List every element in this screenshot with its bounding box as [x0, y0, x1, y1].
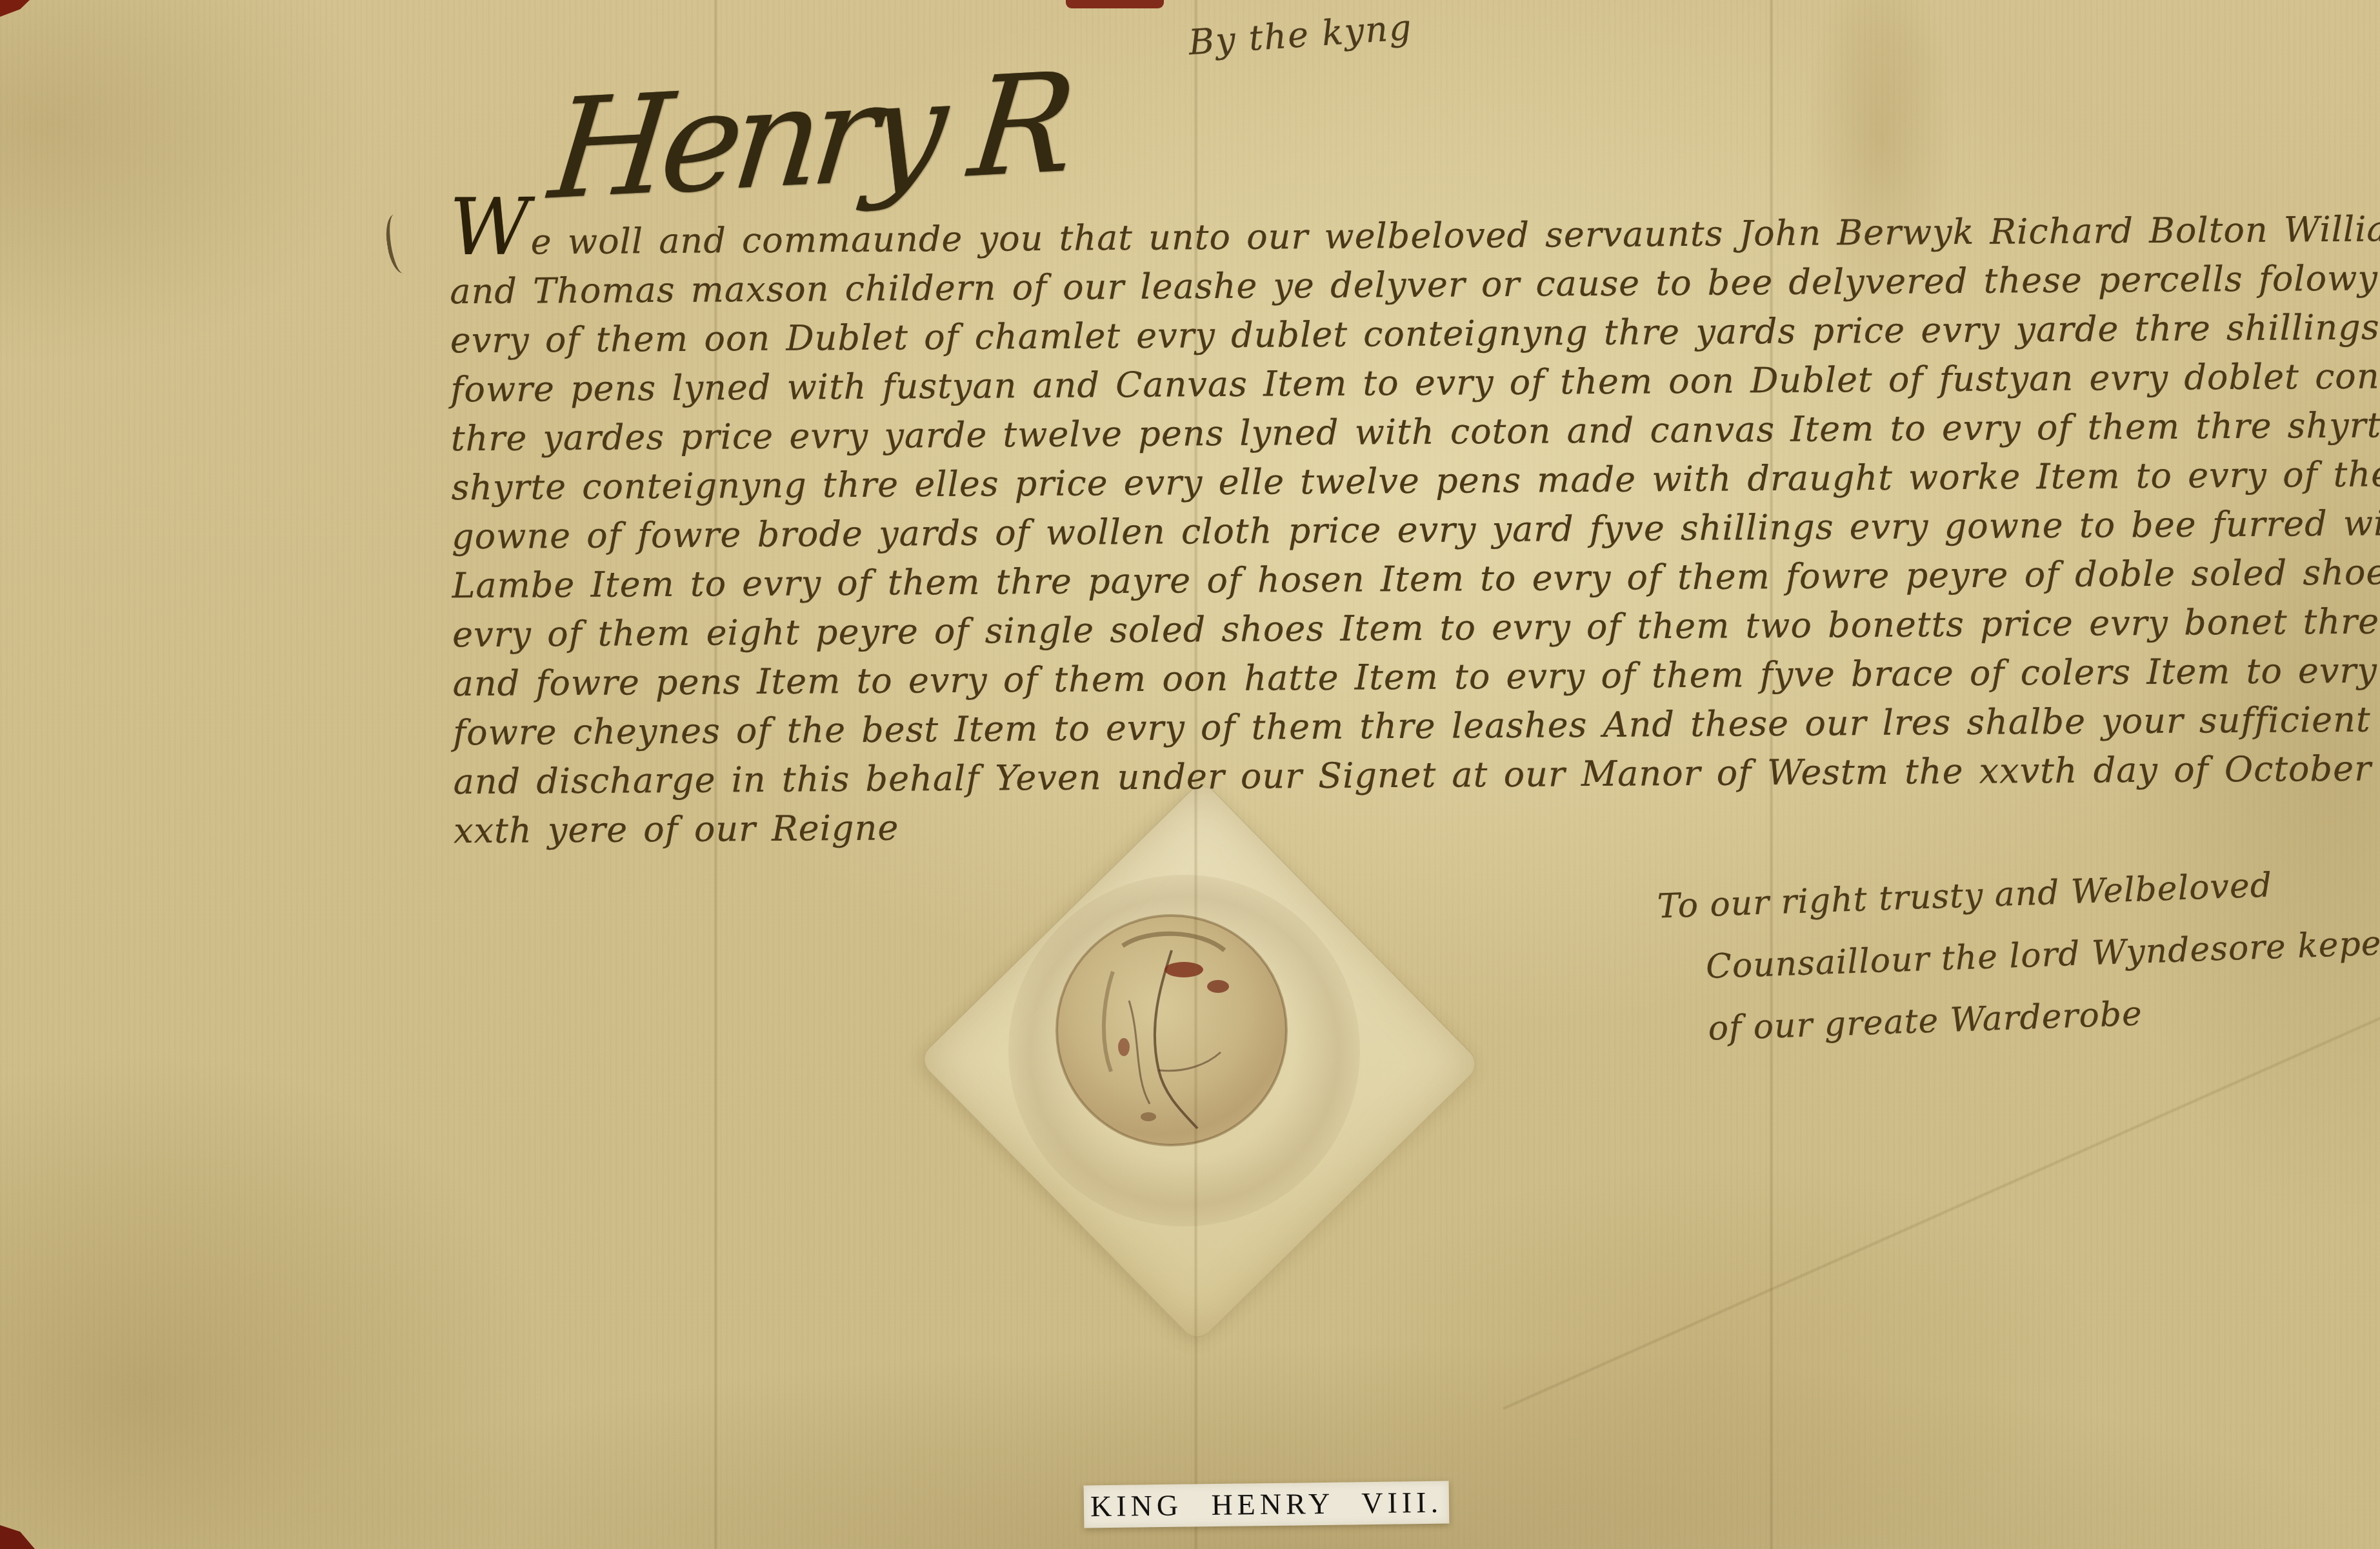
letter-body: We woll and commaunde you that unto our …	[450, 205, 2364, 856]
caption-text: KING HENRY VIII.	[1084, 1481, 1450, 1528]
red-backing-mark-bottom-left	[0, 1525, 35, 1549]
caption-label-strip: KING HENRY VIII.	[1084, 1481, 1450, 1528]
wax-circle	[1057, 915, 1286, 1145]
red-backing-mark-top-center	[1066, 0, 1164, 8]
seal-dark-fleck	[1141, 1112, 1156, 1121]
by-the-king-heading: By the kyng	[1187, 3, 1460, 63]
margin-flourish	[383, 213, 415, 275]
signature-text: Henry R	[543, 43, 1074, 230]
seal-red-fleck-3	[1118, 1038, 1130, 1056]
red-backing-mark-top-left	[0, 0, 30, 17]
address-block: To our right trusty and Welbeloved Couns…	[1656, 854, 2307, 1062]
diagonal-crease	[1503, 1013, 2380, 1410]
seal-impression	[1052, 910, 1292, 1150]
seal-red-fleck-2	[1207, 980, 1229, 993]
royal-signature: Henry R	[548, 43, 1070, 229]
parchment-document: By the kyng Henry R We woll and commaund…	[0, 0, 2380, 1549]
